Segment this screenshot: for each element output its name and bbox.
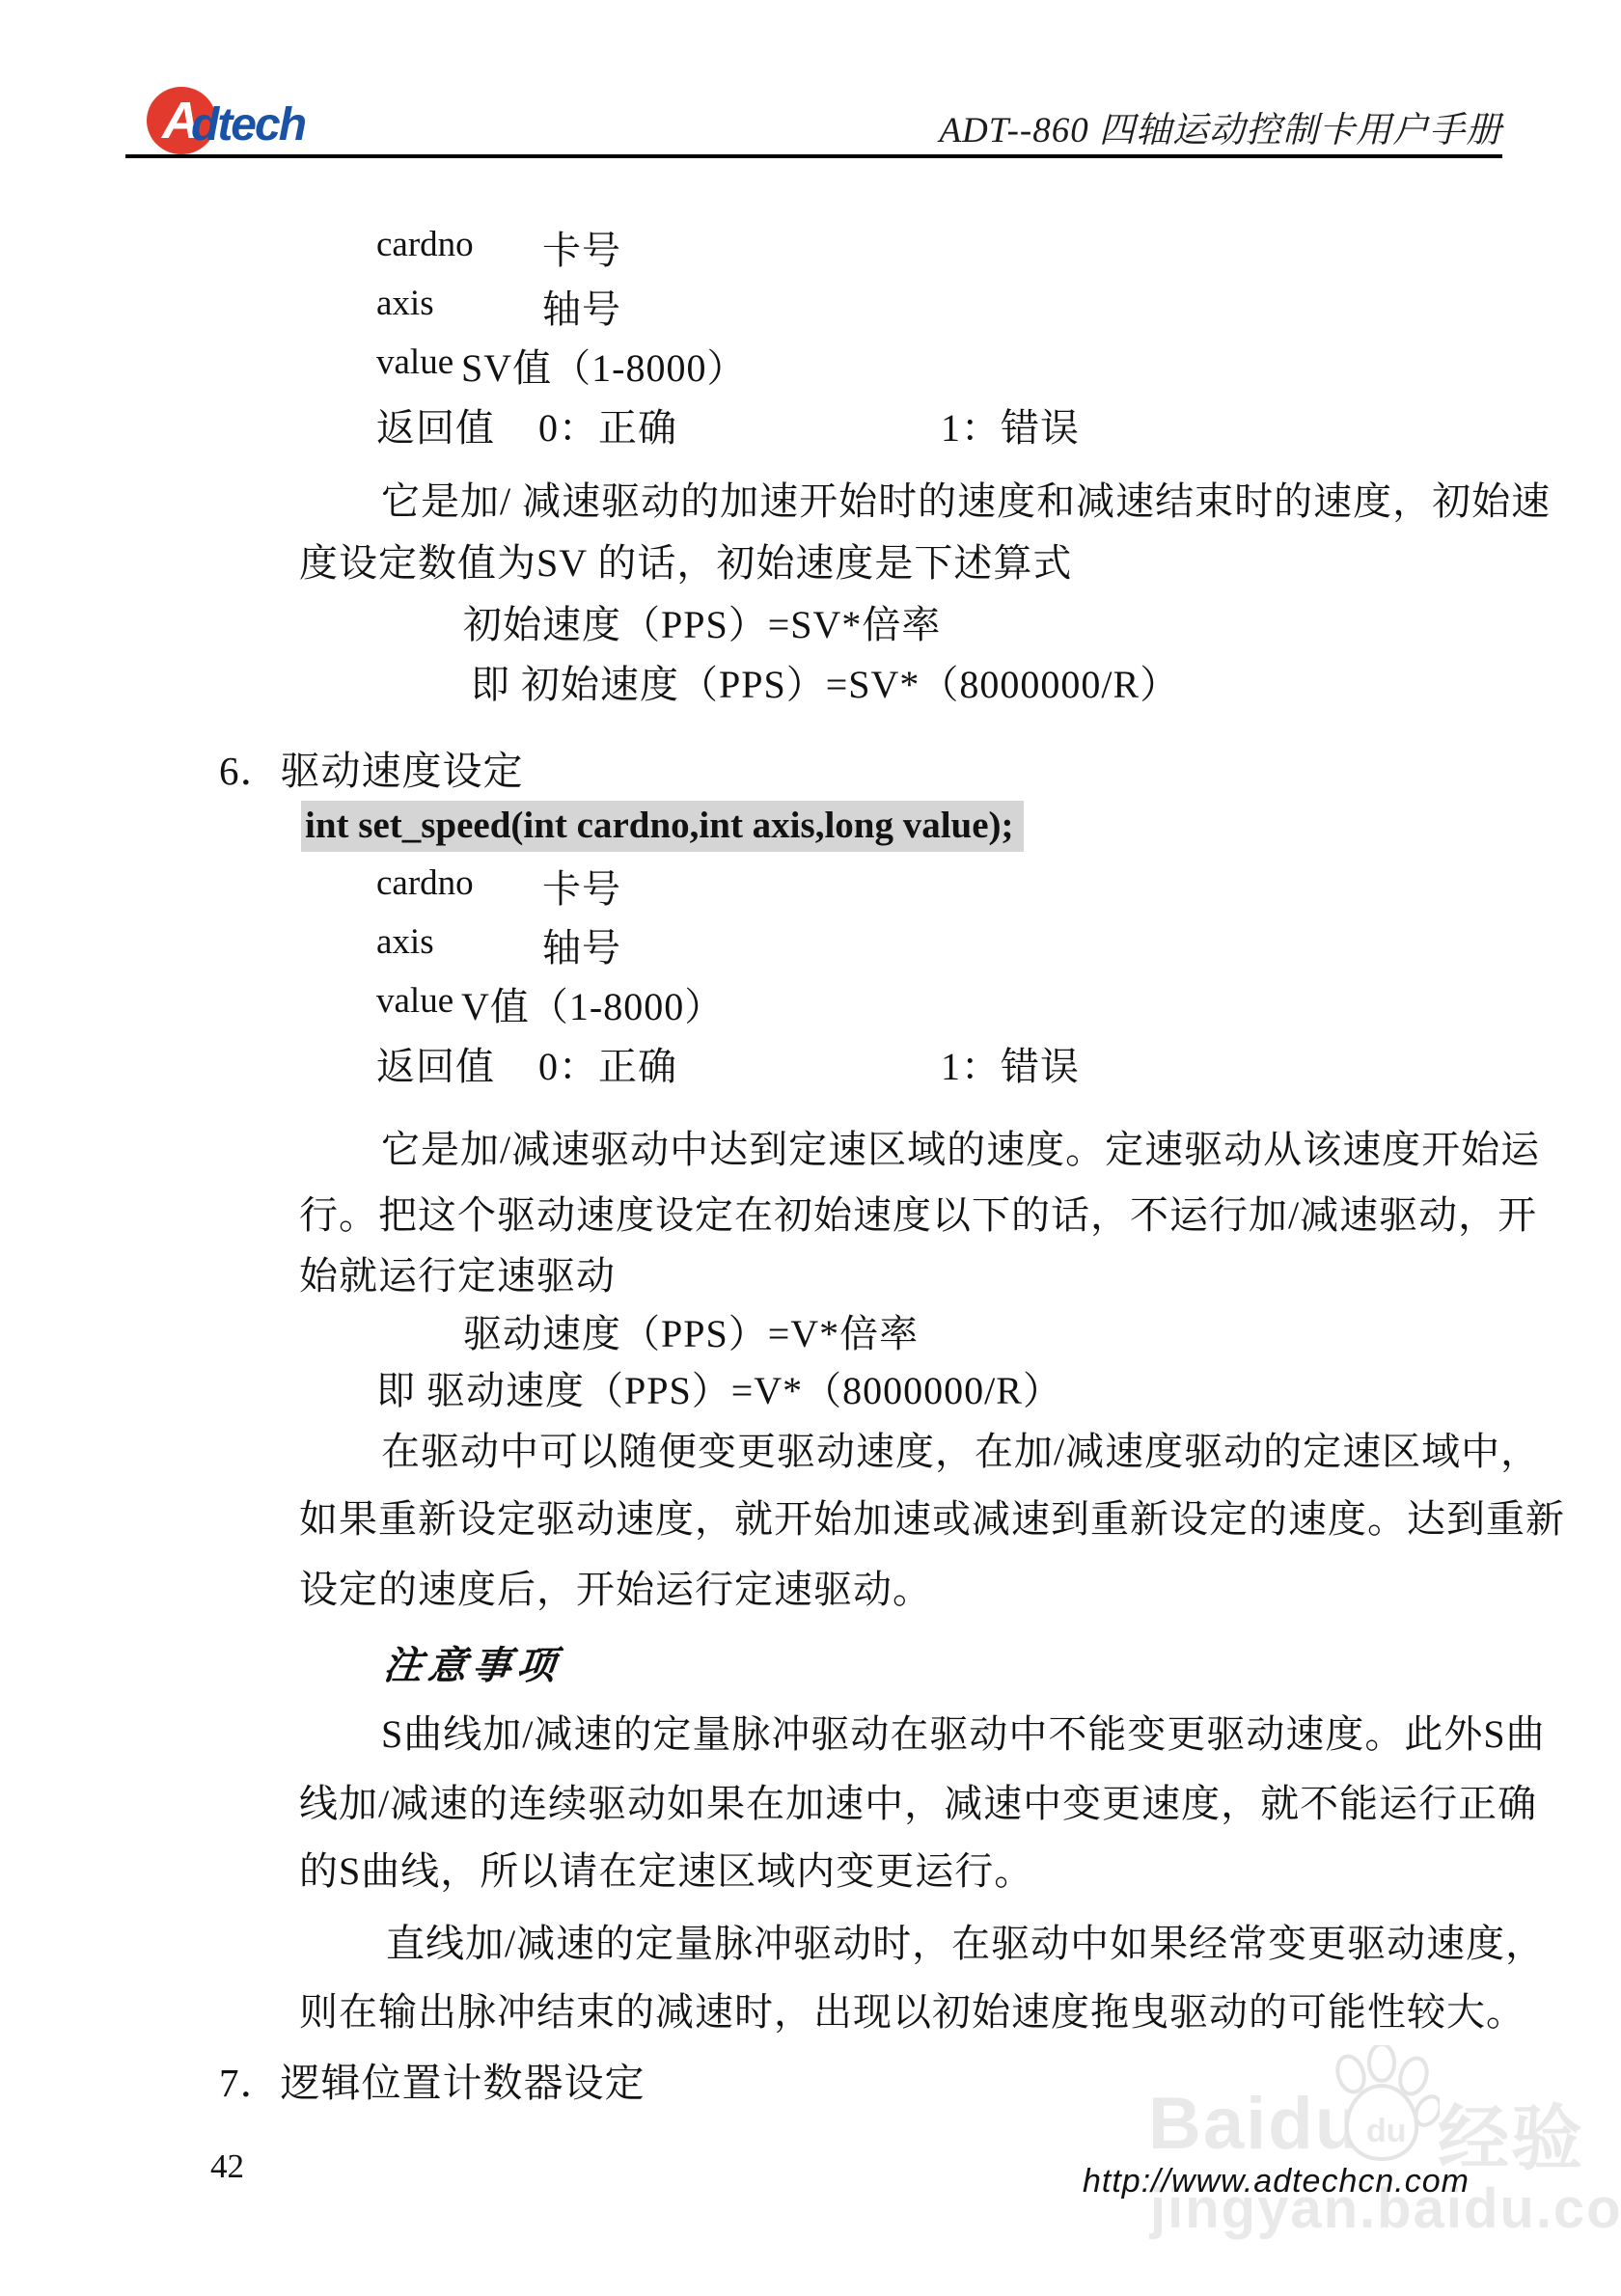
paragraph-line: 度设定数值为SV 的话，初始速度是下述算式 bbox=[299, 533, 1072, 588]
adtech-logo: A dtech bbox=[147, 85, 291, 158]
param-desc: 轴号 bbox=[542, 279, 621, 334]
param-desc: 卡号 bbox=[542, 220, 621, 275]
formula-line: 即 初始速度（PPS）=SV*（8000000/R） bbox=[471, 654, 1179, 709]
return-label: 返回值 bbox=[376, 397, 495, 452]
paragraph-line: 它是加/ 减速驱动的加速开始时的速度和减速结束时的速度，初始速 bbox=[381, 471, 1551, 526]
section-6-heading: 6．驱动速度设定 bbox=[219, 739, 524, 796]
notes-line: 的S曲线，所以请在定速区域内变更运行。 bbox=[299, 1841, 1033, 1896]
header-rule bbox=[125, 154, 1502, 158]
baidu-paw-icon: du bbox=[1324, 2045, 1440, 2171]
page-number: 42 bbox=[210, 2147, 244, 2186]
paragraph-line: 如果重新设定驱动速度，就开始加速或减速到重新设定的速度。达到重新 bbox=[299, 1489, 1565, 1544]
param-name: axis bbox=[376, 921, 434, 963]
function-prototype: int set_speed(int cardno,int axis,long v… bbox=[301, 801, 1024, 852]
logo-wordmark: dtech bbox=[191, 98, 305, 151]
website-url: http://www.adtechcn.com bbox=[1083, 2163, 1470, 2200]
paragraph-line: 在驱动中可以随便变更驱动速度，在加/减速度驱动的定速区域中， bbox=[381, 1421, 1540, 1476]
paragraph-line: 行。把这个驱动速度设定在初始速度以下的话，不运行加/减速驱动，开 bbox=[299, 1185, 1537, 1240]
paragraph-line: 始就运行定速驱动 bbox=[299, 1245, 616, 1300]
formula-line: 初始速度（PPS）=SV*倍率 bbox=[463, 594, 941, 649]
param-desc: SV值（1-8000） bbox=[461, 338, 746, 393]
return-error: 1：错误 bbox=[941, 397, 1080, 452]
notes-line: S曲线加/减速的定量脉冲驱动在驱动中不能变更驱动速度。此外S曲 bbox=[381, 1704, 1546, 1759]
formula-line: 即 驱动速度（PPS）=V*（8000000/R） bbox=[376, 1360, 1062, 1415]
return-label: 返回值 bbox=[376, 1036, 495, 1091]
notes-heading: 注意事项 bbox=[381, 1635, 564, 1690]
param-desc: 卡号 bbox=[542, 859, 621, 914]
param-desc: V值（1-8000） bbox=[461, 976, 724, 1031]
param-name: value bbox=[376, 342, 453, 383]
manual-title: ADT--860 四轴运动控制卡用户手册 bbox=[939, 100, 1502, 152]
param-name: axis bbox=[376, 283, 434, 324]
paragraph-line: 它是加/减速驱动中达到定速区域的速度。定速驱动从该速度开始运 bbox=[381, 1119, 1540, 1174]
notes-line: 直线加/减速的定量脉冲驱动时，在驱动中如果经常变更驱动速度， bbox=[386, 1913, 1545, 1968]
formula-line: 驱动速度（PPS）=V*倍率 bbox=[463, 1303, 919, 1358]
paw-du-text: du bbox=[1366, 2113, 1407, 2149]
param-name: cardno bbox=[376, 862, 474, 904]
paragraph-line: 设定的速度后，开始运行定速驱动。 bbox=[299, 1559, 932, 1614]
notes-line: 则在输出脉冲结束的减速时，出现以初始速度拖曳驱动的可能性较大。 bbox=[299, 1982, 1525, 2036]
notes-line: 线加/减速的连续驱动如果在加速中，减速中变更速度，就不能运行正确 bbox=[299, 1773, 1537, 1828]
param-name: cardno bbox=[376, 224, 474, 265]
manual-page: A dtech ADT--860 四轴运动控制卡用户手册 cardno 卡号 a… bbox=[0, 0, 1621, 2296]
section-7-heading: 7．逻辑位置计数器设定 bbox=[219, 2051, 646, 2108]
return-ok: 0：正确 bbox=[538, 1036, 677, 1091]
return-ok: 0：正确 bbox=[538, 397, 677, 452]
return-error: 1：错误 bbox=[941, 1036, 1080, 1091]
param-name: value bbox=[376, 980, 453, 1022]
param-desc: 轴号 bbox=[542, 917, 621, 972]
